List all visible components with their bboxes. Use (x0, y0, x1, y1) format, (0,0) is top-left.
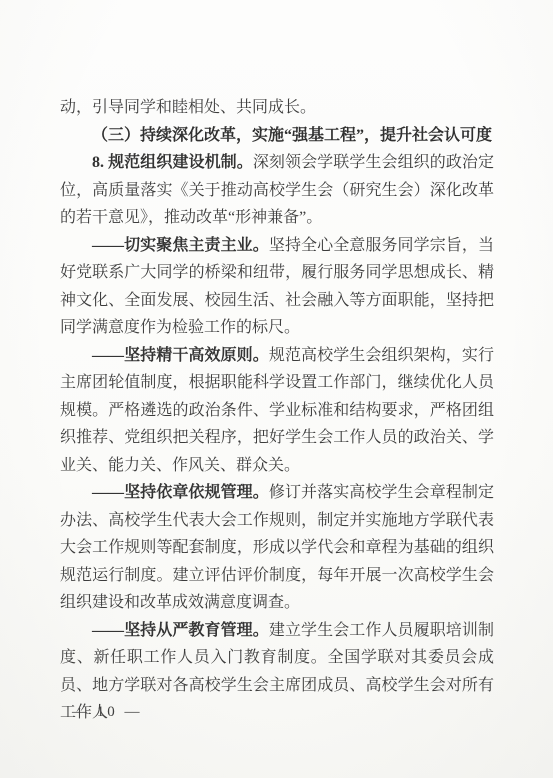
paragraph: ——坚持依章依规管理。修订并落实高校学生会章程制定办法、高校学生代表大会工作规则… (60, 479, 494, 617)
scanned-document-page: 动，引导同学和睦相处、共同成长。 （三）持续深化改革，实施“强基工程”，提升社会… (0, 0, 553, 778)
paragraph-dash-lead: ——坚持从严教育管理。 (92, 622, 269, 639)
paragraph: 8. 规范组织建设机制。深刻领会学联学生会组织的政治定位，高质量落实《关于推动高… (60, 149, 494, 232)
paragraph-dash-lead: ——切实聚焦主责主业。 (92, 237, 269, 254)
paragraph-dash-lead: ——坚持精干高效原则。 (92, 347, 269, 364)
section-heading: （三）持续深化改革，实施“强基工程”，提升社会认可度 (60, 122, 494, 150)
document-body: 动，引导同学和睦相处、共同成长。 （三）持续深化改革，实施“强基工程”，提升社会… (60, 94, 494, 727)
page-number: — 10 — (72, 704, 143, 721)
paragraph-continuation: 动，引导同学和睦相处、共同成长。 (60, 94, 494, 122)
paragraph-text: 修订并落实高校学生会章程制定办法、高校学生代表大会工作规则，制定并实施地方学联代… (60, 484, 494, 611)
paragraph: ——坚持精干高效原则。规范高校学生会组织架构，实行主席团轮值制度，根据职能科学设… (60, 342, 494, 480)
paragraph: ——切实聚焦主责主业。坚持全心全意服务同学宗旨，当好党联系广大同学的桥梁和纽带，… (60, 232, 494, 342)
paragraph-dash-lead: ——坚持依章依规管理。 (92, 484, 269, 501)
paragraph-text: 规范高校学生会组织架构，实行主席团轮值制度，根据职能科学设置工作部门，继续优化人… (60, 347, 494, 474)
paragraph-lead: 8. 规范组织建设机制。 (92, 154, 253, 171)
